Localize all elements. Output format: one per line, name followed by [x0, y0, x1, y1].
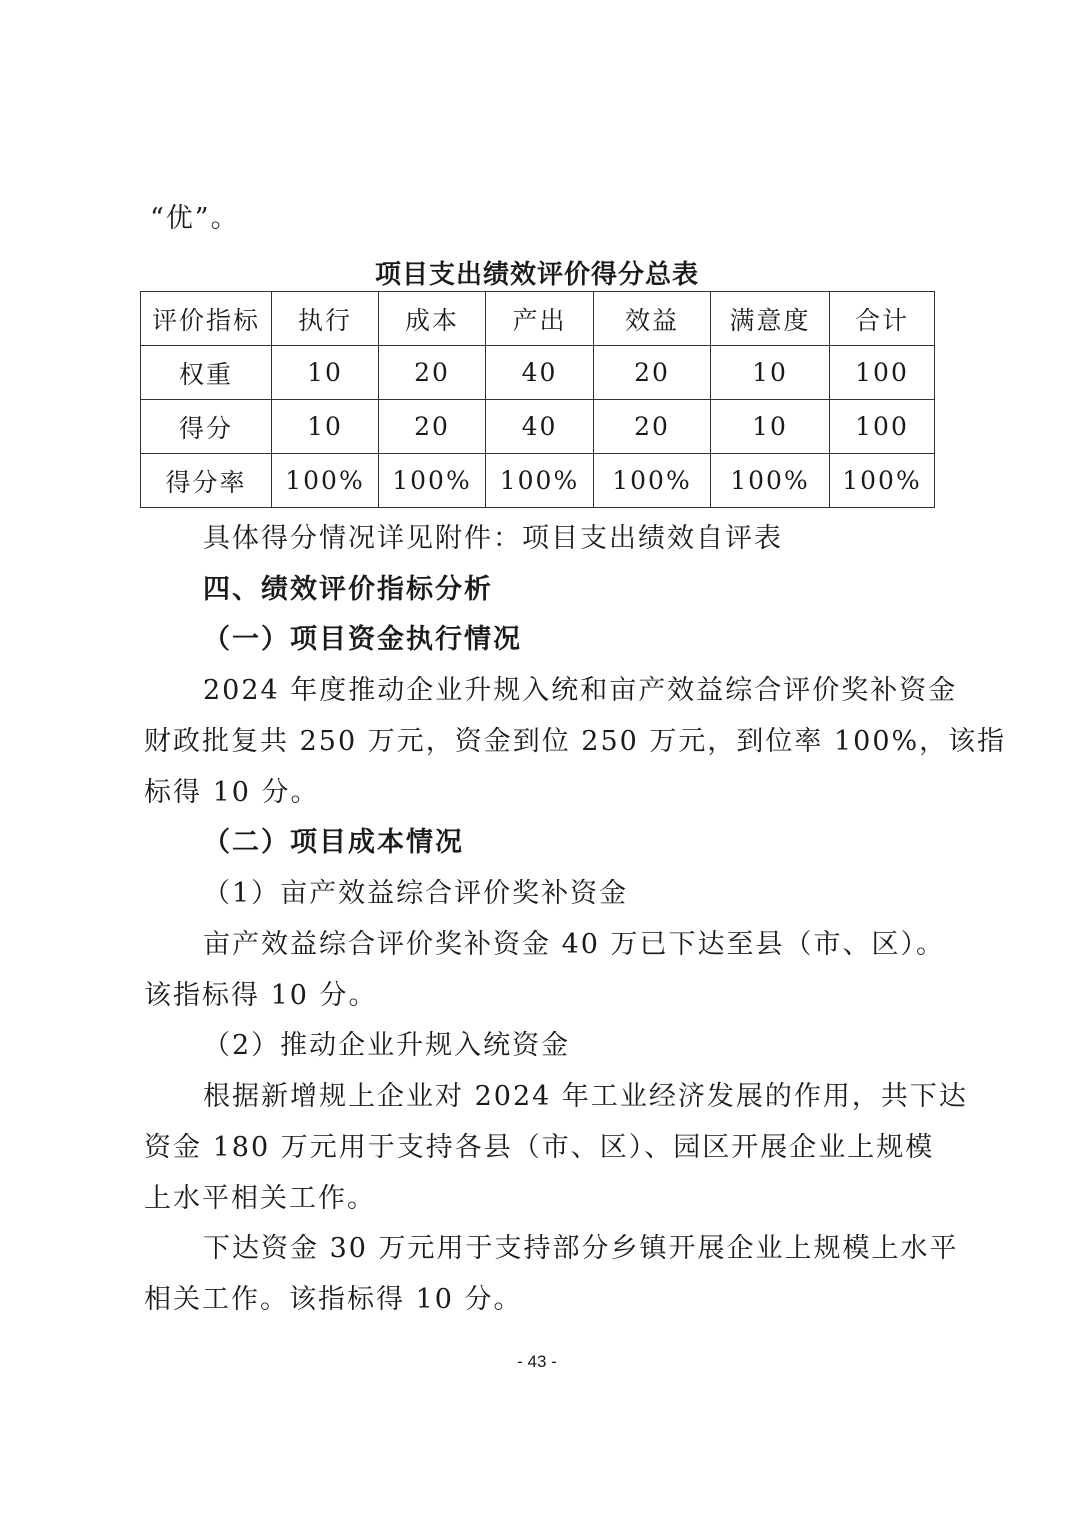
table-cell: 40 [486, 346, 594, 400]
table-cell: 100% [594, 454, 711, 508]
table-cell: 10 [272, 346, 379, 400]
table-cell: 20 [379, 346, 486, 400]
section-heading: 四、绩效评价指标分析 [203, 573, 493, 607]
page-number: - 43 - [0, 1352, 1074, 1372]
header-cell: 评价指标 [141, 292, 272, 346]
leading-text: “优”。 [150, 202, 240, 236]
table-row: 权重 10 20 40 20 10 100 [141, 346, 935, 400]
header-cell: 产出 [486, 292, 594, 346]
paragraph-line: 标得 10 分。 [144, 776, 320, 810]
paragraph-line: 财政批复共 250 万元，资金到位 250 万元，到位率 100%，该指 [144, 725, 1006, 759]
header-cell: 执行 [272, 292, 379, 346]
item-heading: （2）推动企业升规入统资金 [203, 1029, 570, 1063]
paragraph-line: 2024 年度推动企业升规入统和亩产效益综合评价奖补资金 [203, 674, 957, 708]
table-row: 得分 10 20 40 20 10 100 [141, 400, 935, 454]
paragraph-line: 下达资金 30 万元用于支持部分乡镇开展企业上规模上水平 [203, 1232, 959, 1266]
row-label: 得分率 [141, 454, 272, 508]
table-cell: 100% [272, 454, 379, 508]
table-cell: 100% [379, 454, 486, 508]
table-cell: 20 [594, 346, 711, 400]
table-cell: 100% [711, 454, 830, 508]
table-cell: 100% [486, 454, 594, 508]
table-cell: 100% [830, 454, 935, 508]
table-cell: 40 [486, 400, 594, 454]
row-label: 得分 [141, 400, 272, 454]
paragraph-line: 相关工作。该指标得 10 分。 [144, 1283, 523, 1317]
table-cell: 20 [594, 400, 711, 454]
attachment-note: 具体得分情况详见附件：项目支出绩效自评表 [203, 522, 783, 556]
paragraph-line: 亩产效益综合评价奖补资金 40 万已下达至县（市、区）。 [203, 928, 945, 962]
table-cell: 10 [711, 400, 830, 454]
header-cell: 满意度 [711, 292, 830, 346]
subsection-heading: （一）项目资金执行情况 [203, 623, 522, 657]
table-cell: 20 [379, 400, 486, 454]
subsection-heading: （二）项目成本情况 [203, 826, 464, 860]
paragraph-line: 上水平相关工作。 [144, 1182, 376, 1216]
paragraph-line: 资金 180 万元用于支持各县（市、区）、园区开展企业上规模 [144, 1131, 934, 1165]
table-title: 项目支出绩效评价得分总表 [0, 254, 1074, 291]
table-row: 得分率 100% 100% 100% 100% 100% 100% [141, 454, 935, 508]
header-cell: 效益 [594, 292, 711, 346]
paragraph-line: 根据新增规上企业对 2024 年工业经济发展的作用，共下达 [203, 1080, 968, 1114]
score-summary-table: 评价指标 执行 成本 产出 效益 满意度 合计 权重 10 20 40 20 1… [140, 291, 935, 508]
table-cell: 100 [830, 346, 935, 400]
table-cell: 10 [711, 346, 830, 400]
header-cell: 成本 [379, 292, 486, 346]
table-cell: 100 [830, 400, 935, 454]
table-header-row: 评价指标 执行 成本 产出 效益 满意度 合计 [141, 292, 935, 346]
header-cell: 合计 [830, 292, 935, 346]
paragraph-line: 该指标得 10 分。 [144, 979, 378, 1013]
item-heading: （1）亩产效益综合评价奖补资金 [203, 877, 628, 911]
table-cell: 10 [272, 400, 379, 454]
row-label: 权重 [141, 346, 272, 400]
